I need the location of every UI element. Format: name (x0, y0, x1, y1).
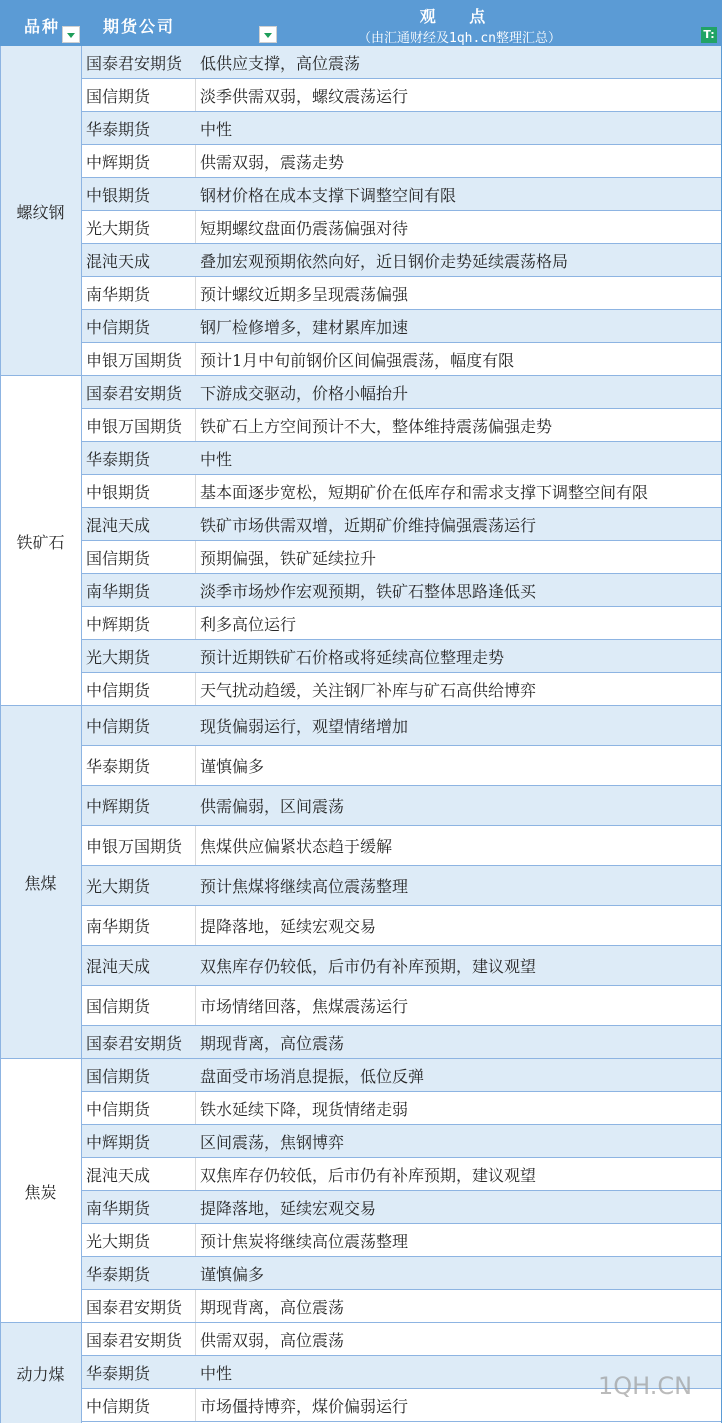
view-cell[interactable]: 短期螺纹盘面仍震荡偏强对待 (197, 211, 721, 243)
table-row[interactable]: 华泰期货谨慎偏多 (82, 746, 721, 786)
group-divider (0, 1058, 82, 1059)
view-cell[interactable]: 利多高位运行 (197, 607, 721, 639)
company-cell[interactable]: 混沌天成 (82, 508, 196, 540)
table-row[interactable]: 混沌天成铁矿市场供需双增，近期矿价维持偏强震荡运行 (82, 508, 721, 541)
company-cell[interactable]: 中辉期货 (82, 607, 196, 639)
company-cell[interactable]: 中辉期货 (82, 1125, 196, 1157)
company-cell[interactable]: 中银期货 (82, 178, 196, 210)
table-row[interactable]: 中信期货钢厂检修增多，建材累库加速 (82, 310, 721, 343)
table-row[interactable]: 国信期货市场情绪回落，焦煤震荡运行 (82, 986, 721, 1026)
filter-active-icon[interactable]: T: (701, 27, 717, 43)
view-cell[interactable]: 铁水延续下降，现货情绪走弱 (197, 1092, 721, 1124)
table-left-border (0, 46, 1, 1423)
table-row[interactable]: 光大期货短期螺纹盘面仍震荡偏强对待 (82, 211, 721, 244)
table-row[interactable]: 国信期货淡季供需双弱，螺纹震荡运行 (82, 79, 721, 112)
view-cell[interactable]: 低供应支撑，高位震荡 (197, 46, 721, 78)
table-row[interactable]: 国泰君安期货低供应支撑，高位震荡 (82, 46, 721, 79)
view-cell[interactable]: 提降落地，延续宏观交易 (197, 906, 721, 945)
table-row[interactable]: 中银期货基本面逐步宽松，短期矿价在低库存和需求支撑下调整空间有限 (82, 475, 721, 508)
table-row[interactable]: 华泰期货中性 (82, 442, 721, 475)
company-cell[interactable]: 中信期货 (82, 1092, 196, 1124)
table-row[interactable]: 中银期货钢材价格在成本支撑下调整空间有限 (82, 178, 721, 211)
company-cell[interactable]: 中信期货 (82, 673, 196, 705)
company-cell[interactable]: 国信期货 (82, 1059, 196, 1091)
company-cell[interactable]: 中辉期货 (82, 786, 196, 825)
company-cell[interactable]: 光大期货 (82, 866, 196, 905)
table-row[interactable]: 中信期货现货偏弱运行，观望情绪增加 (82, 706, 721, 746)
table-row[interactable]: 混沌天成双焦库存仍较低，后市仍有补库预期，建议观望 (82, 946, 721, 986)
view-cell[interactable]: 双焦库存仍较低，后市仍有补库预期，建议观望 (197, 946, 721, 985)
view-cell[interactable]: 提降落地，延续宏观交易 (197, 1191, 721, 1223)
view-cell[interactable]: 预期偏强，铁矿延续拉升 (197, 541, 721, 573)
company-cell[interactable]: 中辉期货 (82, 145, 196, 177)
company-cell[interactable]: 国泰君安期货 (82, 376, 196, 408)
table-row[interactable]: 国泰君安期货供需双弱，高位震荡 (82, 1323, 721, 1356)
view-cell[interactable]: 叠加宏观预期依然向好，近日钢价走势延续震荡格局 (197, 244, 721, 276)
company-cell[interactable]: 南华期货 (82, 574, 196, 606)
column-header-variety-label: 品种 (24, 14, 60, 37)
column-header-company[interactable]: 期货公司 (82, 0, 197, 46)
group-divider (0, 1322, 82, 1323)
company-cell[interactable]: 中信期货 (82, 310, 196, 342)
view-cell[interactable]: 盘面受市场消息提振，低位反弹 (197, 1059, 721, 1091)
table-row[interactable]: 中辉期货利多高位运行 (82, 607, 721, 640)
variety-cell: 焦炭 (0, 1059, 82, 1323)
table-header: 品种 期货公司 观 点 （由汇通财经及1qh.cn整理汇总） T: (0, 0, 722, 46)
table-row[interactable]: 南华期货提降落地，延续宏观交易 (82, 906, 721, 946)
table-row[interactable]: 国泰君安期货期现背离，高位震荡 (82, 1026, 721, 1059)
view-cell[interactable]: 预计近期铁矿石价格或将延续高位整理走势 (197, 640, 721, 672)
company-cell[interactable]: 申银万国期货 (82, 343, 196, 375)
view-cell[interactable]: 期现背离，高位震荡 (197, 1026, 721, 1058)
company-cell[interactable]: 光大期货 (82, 640, 196, 672)
view-cell[interactable]: 现货偏弱运行，观望情绪增加 (197, 706, 721, 745)
company-cell[interactable]: 光大期货 (82, 211, 196, 243)
view-cell[interactable]: 谨慎偏多 (197, 1257, 721, 1289)
view-cell[interactable]: 淡季市场炒作宏观预期，铁矿石整体思路逢低买 (197, 574, 721, 606)
view-cell[interactable]: 预计螺纹近期多呈现震荡偏强 (197, 277, 721, 309)
table-row[interactable]: 南华期货提降落地，延续宏观交易 (82, 1191, 721, 1224)
company-cell[interactable]: 国泰君安期货 (82, 1026, 196, 1058)
company-cell[interactable]: 华泰期货 (82, 442, 196, 474)
company-cell[interactable]: 国信期货 (82, 541, 196, 573)
table-row[interactable]: 申银万国期货焦煤供应偏紧状态趋于缓解 (82, 826, 721, 866)
company-cell[interactable]: 光大期货 (82, 1224, 196, 1256)
company-cell[interactable]: 国信期货 (82, 79, 196, 111)
view-cell[interactable]: 期现背离，高位震荡 (197, 1290, 721, 1322)
view-cell[interactable]: 谨慎偏多 (197, 746, 721, 785)
company-cell[interactable]: 华泰期货 (82, 746, 196, 785)
company-cell[interactable]: 中银期货 (82, 475, 196, 507)
company-cell[interactable]: 混沌天成 (82, 1158, 196, 1190)
view-cell[interactable]: 供需偏弱，区间震荡 (197, 786, 721, 825)
view-cell[interactable]: 供需双弱，高位震荡 (197, 1323, 721, 1355)
company-cell[interactable]: 南华期货 (82, 277, 196, 309)
table-row[interactable]: 申银万国期货预计1月中旬前钢价区间偏强震荡，幅度有限 (82, 343, 721, 376)
column-header-variety[interactable]: 品种 (0, 0, 82, 46)
table-row[interactable]: 光大期货预计焦炭将继续高位震荡整理 (82, 1224, 721, 1257)
company-cell[interactable]: 华泰期货 (82, 112, 196, 144)
view-cell[interactable]: 下游成交驱动，价格小幅抬升 (197, 376, 721, 408)
table-row[interactable]: 混沌天成叠加宏观预期依然向好，近日钢价走势延续震荡格局 (82, 244, 721, 277)
company-cell[interactable]: 国泰君安期货 (82, 46, 196, 78)
company-cell[interactable]: 混沌天成 (82, 946, 196, 985)
table-row[interactable]: 中辉期货区间震荡，焦钢博弈 (82, 1125, 721, 1158)
view-cell[interactable]: 淡季供需双弱，螺纹震荡运行 (197, 79, 721, 111)
table-row[interactable]: 国泰君安期货下游成交驱动，价格小幅抬升 (82, 376, 721, 409)
variety-cell: 铁矿石 (0, 376, 82, 706)
table-row[interactable]: 中信期货天气扰动趋缓，关注钢厂补库与矿石高供给博弈 (82, 673, 721, 706)
company-cell[interactable]: 申银万国期货 (82, 826, 196, 865)
view-cell[interactable]: 基本面逐步宽松，短期矿价在低库存和需求支撑下调整空间有限 (197, 475, 721, 507)
table-row[interactable]: 国信期货预期偏强，铁矿延续拉升 (82, 541, 721, 574)
table-row[interactable]: 光大期货预计近期铁矿石价格或将延续高位整理走势 (82, 640, 721, 673)
column-header-view-title: 观 点 (197, 4, 722, 27)
view-cell[interactable]: 钢材价格在成本支撑下调整空间有限 (197, 178, 721, 210)
table-row[interactable]: 中信期货铁水延续下降，现货情绪走弱 (82, 1092, 721, 1125)
company-cell[interactable]: 申银万国期货 (82, 409, 196, 441)
view-cell[interactable]: 预计1月中旬前钢价区间偏强震荡，幅度有限 (197, 343, 721, 375)
table-row[interactable]: 南华期货预计螺纹近期多呈现震荡偏强 (82, 277, 721, 310)
view-cell[interactable]: 市场情绪回落，焦煤震荡运行 (197, 986, 721, 1025)
company-cell[interactable]: 国泰君安期货 (82, 1290, 196, 1322)
company-cell[interactable]: 华泰期货 (82, 1257, 196, 1289)
company-cell[interactable]: 华泰期货 (82, 1356, 196, 1388)
view-cell[interactable]: 铁矿市场供需双增，近期矿价维持偏强震荡运行 (197, 508, 721, 540)
column-header-view-subtitle: （由汇通财经及1qh.cn整理汇总） (197, 27, 722, 46)
table-row[interactable]: 华泰期货谨慎偏多 (82, 1257, 721, 1290)
table-row[interactable]: 中辉期货供需双弱，震荡走势 (82, 145, 721, 178)
view-cell[interactable]: 区间震荡，焦钢博弈 (197, 1125, 721, 1157)
view-cell[interactable]: 中性 (197, 442, 721, 474)
table-row[interactable]: 华泰期货中性 (82, 112, 721, 145)
table-row[interactable]: 国信期货盘面受市场消息提振，低位反弹 (82, 1059, 721, 1092)
company-cell[interactable]: 国泰君安期货 (82, 1323, 196, 1355)
column-header-company-label: 期货公司 (103, 14, 175, 37)
company-cell[interactable]: 中信期货 (82, 706, 196, 745)
variety-cell: 动力煤 (0, 1323, 82, 1423)
company-cell[interactable]: 国信期货 (82, 986, 196, 1025)
table-row[interactable]: 中辉期货供需偏弱，区间震荡 (82, 786, 721, 826)
view-cell[interactable]: 焦煤供应偏紧状态趋于缓解 (197, 826, 721, 865)
table-row[interactable]: 混沌天成双焦库存仍较低，后市仍有补库预期，建议观望 (82, 1158, 721, 1191)
table-row[interactable]: 国泰君安期货期现背离，高位震荡 (82, 1290, 721, 1323)
view-cell[interactable]: 预计焦煤将继续高位震荡整理 (197, 866, 721, 905)
view-cell[interactable]: 供需双弱，震荡走势 (197, 145, 721, 177)
company-cell[interactable]: 混沌天成 (82, 244, 196, 276)
view-cell[interactable]: 中性 (197, 112, 721, 144)
company-cell[interactable]: 中信期货 (82, 1389, 196, 1421)
view-cell[interactable]: 钢厂检修增多，建材累库加速 (197, 310, 721, 342)
variety-cell: 焦煤 (0, 706, 82, 1059)
table-row[interactable]: 申银万国期货铁矿石上方空间预计不大，整体维持震荡偏强走势 (82, 409, 721, 442)
column-header-view[interactable]: 观 点 （由汇通财经及1qh.cn整理汇总） T: (197, 0, 722, 46)
group-divider (0, 705, 82, 706)
watermark: 1QH.CN (598, 1372, 692, 1400)
group-divider (0, 375, 82, 376)
table-row[interactable]: 南华期货淡季市场炒作宏观预期，铁矿石整体思路逢低买 (82, 574, 721, 607)
variety-cell: 螺纹钢 (0, 46, 82, 376)
view-cell[interactable]: 铁矿石上方空间预计不大，整体维持震荡偏强走势 (197, 409, 721, 441)
view-cell[interactable]: 双焦库存仍较低，后市仍有补库预期，建议观望 (197, 1158, 721, 1190)
company-cell[interactable]: 南华期货 (82, 906, 196, 945)
table-row[interactable]: 光大期货预计焦煤将继续高位震荡整理 (82, 866, 721, 906)
view-cell[interactable]: 预计焦炭将继续高位震荡整理 (197, 1224, 721, 1256)
view-cell[interactable]: 天气扰动趋缓，关注钢厂补库与矿石高供给博弈 (197, 673, 721, 705)
dropdown-arrow-icon[interactable] (62, 26, 80, 43)
company-cell[interactable]: 南华期货 (82, 1191, 196, 1223)
